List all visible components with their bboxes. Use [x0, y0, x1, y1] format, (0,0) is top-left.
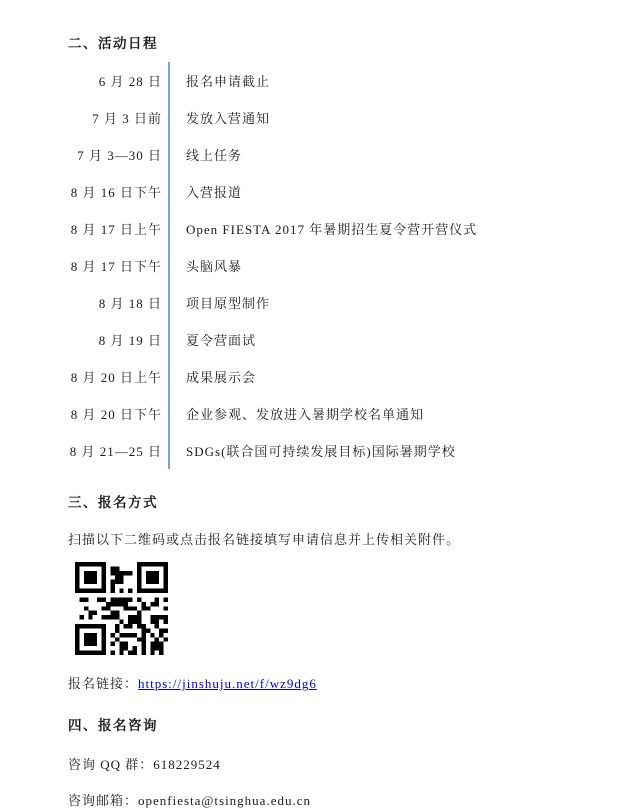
schedule-date: 8 月 16 日下午	[68, 173, 168, 210]
schedule-date: 7 月 3 日前	[68, 99, 168, 136]
contact-qq-line: 咨询 QQ 群：618229524	[68, 754, 572, 773]
apply-link[interactable]: https://jinshuju.net/f/wz9dg6	[138, 676, 317, 691]
schedule-row: 7 月 3 日前发放入营通知	[68, 99, 572, 136]
schedule-event: SDGs(联合国可持续发展目标)国际暑期学校	[168, 432, 456, 469]
schedule-row: 8 月 17 日上午Open FIESTA 2017 年暑期招生夏令营开营仪式	[68, 210, 572, 247]
schedule-date: 8 月 20 日上午	[68, 358, 168, 395]
schedule-event: 头脑风暴	[168, 247, 242, 284]
schedule-event: 夏令营面试	[168, 321, 256, 358]
document-page: 二、活动日程 6 月 28 日报名申请截止7 月 3 日前发放入营通知7 月 3…	[0, 0, 620, 811]
apply-link-line: 报名链接：https://jinshuju.net/f/wz9dg6	[68, 675, 572, 692]
schedule-table: 6 月 28 日报名申请截止7 月 3 日前发放入营通知7 月 3—30 日线上…	[68, 62, 572, 469]
schedule-date: 6 月 28 日	[68, 62, 168, 99]
schedule-row: 8 月 18 日项目原型制作	[68, 284, 572, 321]
contact-email-line: 咨询邮箱：openfiesta@tsinghua.edu.cn	[68, 790, 572, 809]
apply-instruction: 扫描以下二维码或点击报名链接填写申请信息并上传相关附件。	[68, 531, 572, 548]
section-heading-contact: 四、报名咨询	[68, 714, 572, 734]
schedule-event: 入营报道	[168, 173, 242, 210]
schedule-row: 8 月 20 日下午企业参观、发放进入暑期学校名单通知	[68, 395, 572, 432]
schedule-row: 8 月 19 日夏令营面试	[68, 321, 572, 358]
schedule-date: 8 月 20 日下午	[68, 395, 168, 432]
schedule-date: 7 月 3—30 日	[68, 136, 168, 173]
schedule-event: 企业参观、发放进入暑期学校名单通知	[168, 395, 424, 432]
schedule-row: 7 月 3—30 日线上任务	[68, 136, 572, 173]
qr-code-icon	[75, 562, 168, 655]
schedule-row: 8 月 17 日下午头脑风暴	[68, 247, 572, 284]
schedule-row: 8 月 20 日上午成果展示会	[68, 358, 572, 395]
schedule-event: 项目原型制作	[168, 284, 270, 321]
schedule-event: 报名申请截止	[168, 62, 270, 99]
schedule-event: 发放入营通知	[168, 99, 270, 136]
schedule-date: 8 月 17 日下午	[68, 247, 168, 284]
schedule-row: 8 月 16 日下午入营报道	[68, 173, 572, 210]
schedule-row: 6 月 28 日报名申请截止	[68, 62, 572, 99]
apply-link-label: 报名链接：	[68, 676, 138, 691]
section-heading-schedule: 二、活动日程	[68, 32, 572, 52]
section-heading-apply: 三、报名方式	[68, 491, 572, 511]
schedule-date: 8 月 17 日上午	[68, 210, 168, 247]
schedule-date: 8 月 18 日	[68, 284, 168, 321]
schedule-event: 线上任务	[168, 136, 242, 173]
schedule-row: 8 月 21—25 日SDGs(联合国可持续发展目标)国际暑期学校	[68, 432, 572, 469]
schedule-date: 8 月 19 日	[68, 321, 168, 358]
schedule-event: 成果展示会	[168, 358, 256, 395]
schedule-event: Open FIESTA 2017 年暑期招生夏令营开营仪式	[168, 210, 477, 247]
schedule-date: 8 月 21—25 日	[68, 432, 168, 469]
